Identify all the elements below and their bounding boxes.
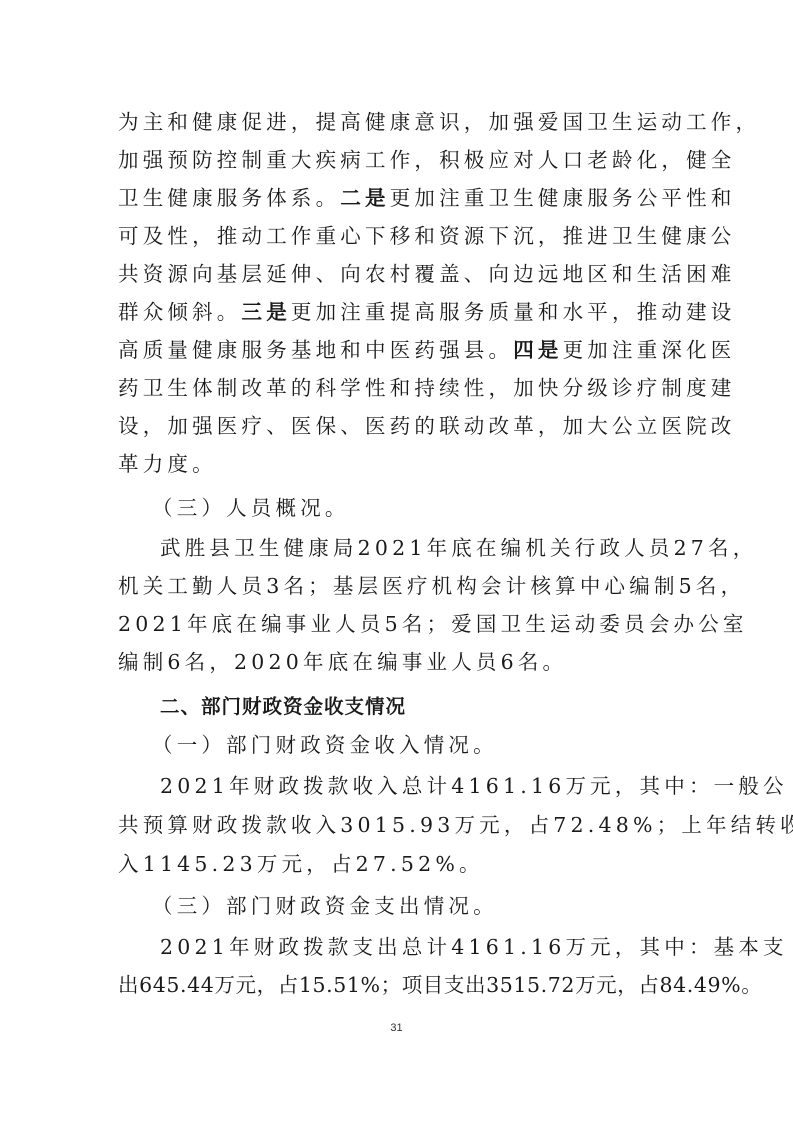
bold-marker-fourth: 四是 (513, 338, 562, 362)
section-title-expense: （三）部门财政资金支出情况。 (152, 887, 682, 925)
section-title-staff: （三）人员概况。 (152, 489, 682, 527)
text-line: 高质量健康服务基地和中医药强县。四是更加注重深化医 (118, 331, 682, 369)
text-line: 2021年财政拨款收入总计4161.16万元，其中：一般公 (160, 767, 682, 805)
document-page: 为主和健康促进，提高健康意识，加强爱国卫生运动工作， 加强预防控制重大疾病工作，… (0, 0, 793, 1122)
text-line: 卫生健康服务体系。二是更加注重卫生健康服务公平性和 (118, 179, 682, 217)
text-line: 入1145.23万元，占27.52%。 (118, 845, 682, 883)
section-title-income: （一）部门财政资金收入情况。 (152, 726, 682, 764)
bold-marker-third: 三是 (242, 300, 291, 324)
text-segment: 更加注重卫生健康服务公平性和 (390, 186, 736, 210)
text-line: 2021年底在编事业人员5名；爱国卫生运动委员会办公室 (118, 605, 682, 643)
text-segment: 群众倾斜。 (118, 300, 242, 324)
text-line: 编制6名，2020年底在编事业人员6名。 (118, 643, 682, 681)
text-segment: 更加注重深化医 (563, 338, 736, 362)
text-line: 共资源向基层延伸、向农村覆盖、向边远地区和生活困难 (118, 255, 682, 293)
text-segment: 更加注重提高服务质量和水平，推动建设 (291, 300, 736, 324)
text-line: 机关工勤人员3名；基层医疗机构会计核算中心编制5名， (118, 567, 682, 605)
text-line: 共预算财政拨款收入3015.93万元，占72.48%；上年结转收 (118, 806, 682, 844)
bold-marker-second: 二是 (340, 186, 389, 210)
text-line: 2021年财政拨款支出总计4161.16万元，其中：基本支 (160, 928, 682, 966)
text-segment: 卫生健康服务体系。 (118, 186, 340, 210)
text-line: 革力度。 (118, 445, 682, 483)
section-heading: 二、部门财政资金收支情况 (160, 688, 682, 726)
text-line: 群众倾斜。三是更加注重提高服务质量和水平，推动建设 (118, 293, 682, 331)
page-number: 31 (0, 1022, 793, 1034)
text-line: 设，加强医疗、医保、医药的联动改革，加大公立医院改 (118, 407, 682, 445)
text-line: 为主和健康促进，提高健康意识，加强爱国卫生运动工作， (118, 103, 682, 141)
text-line: 可及性，推动工作重心下移和资源下沉，推进卫生健康公 (118, 217, 682, 255)
text-line: 药卫生体制改革的科学性和持续性，加快分级诊疗制度建 (118, 369, 682, 407)
text-line: 出645.44万元，占15.51%；项目支出3515.72万元，占84.49%。 (118, 966, 682, 1004)
text-segment: 高质量健康服务基地和中医药强县。 (118, 338, 513, 362)
text-line: 加强预防控制重大疾病工作，积极应对人口老龄化，健全 (118, 141, 682, 179)
text-line: 武胜县卫生健康局2021年底在编机关行政人员27名， (160, 529, 682, 567)
